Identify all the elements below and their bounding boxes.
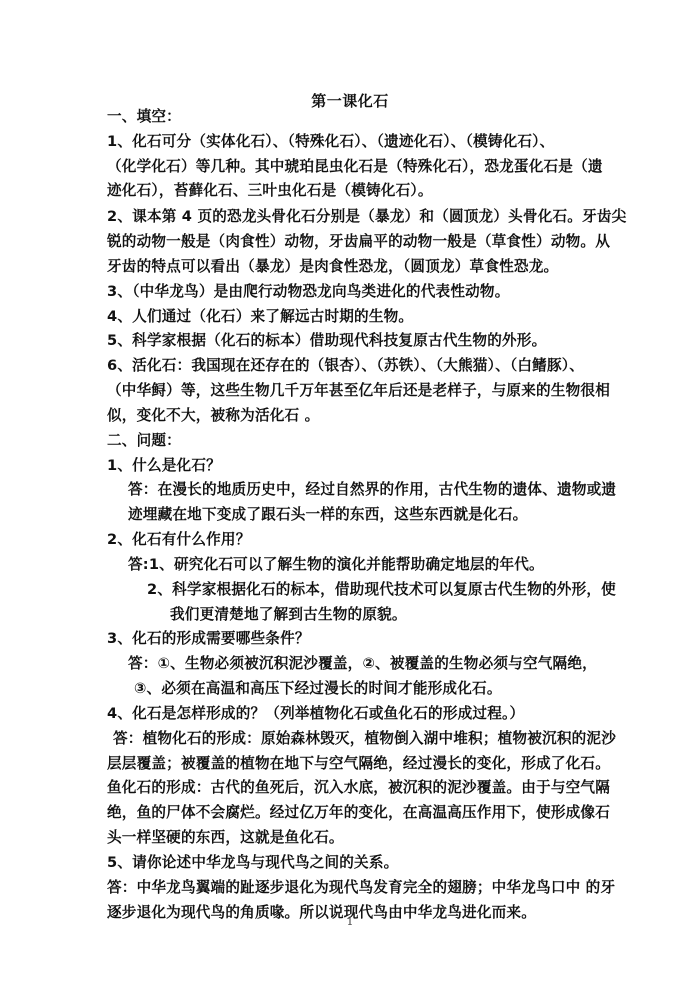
text-line: 3、（中华龙鸟）是由爬行动物恐龙向鸟类进化的代表性动物。 bbox=[107, 282, 592, 302]
text-line: 二、问题： bbox=[107, 431, 592, 451]
text-line: （化学化石）等几种。其中琥珀昆虫化石是（特殊化石），恐龙蛋化石是（遗 bbox=[107, 157, 592, 177]
text-line: 答:1、研究化石可以了解生物的演化并能帮助确定地层的年代。 bbox=[128, 555, 613, 575]
text-line: （中华鲟）等，这些生物几千万年甚至亿年后还是老样子，与原来的生物很相 bbox=[107, 381, 592, 401]
text-line: ③、必须在高温和高压下经过漫长的时间才能形成化石。 bbox=[134, 679, 619, 699]
text-line: 2、化石有什么作用？ bbox=[107, 530, 592, 550]
text-line: 我们更清楚地了解到古生物的原貌。 bbox=[170, 605, 655, 625]
text-line: 答：①、生物必须被沉积泥沙覆盖，②、被覆盖的生物必须与空气隔绝， bbox=[128, 654, 613, 674]
text-line: 5、科学家根据（化石的标本）借助现代科技复原古代生物的外形。 bbox=[107, 331, 592, 351]
text-line: 鱼化石的形成：古代的鱼死后，沉入水底，被沉积的泥沙覆盖。由于与空气隔 bbox=[107, 778, 592, 798]
text-line: 答：中华龙鸟翼端的趾逐步退化为现代鸟发育完全的翅膀；中华龙鸟口中 的牙 bbox=[107, 878, 592, 898]
document-page: 第一课化石 一、填空：1、化石可分（实体化石）、（特殊化石）、（遗迹化石）、（模… bbox=[0, 0, 700, 989]
text-line: 锐的动物一般是（肉食性）动物，牙齿扁平的动物一般是（草食性）动物。从 bbox=[107, 232, 592, 252]
text-line: 迹化石），苔藓化石、三叶虫化石是（模铸化石）。 bbox=[107, 181, 592, 201]
text-line: 5、请你论述中华龙鸟与现代鸟之间的关系。 bbox=[107, 853, 592, 873]
text-line: 1、化石可分（实体化石）、（特殊化石）、（遗迹化石）、（模铸化石）、 bbox=[107, 132, 592, 152]
text-line: 2、科学家根据化石的标本，借助现代技术可以复原古代生物的外形，使 bbox=[147, 580, 632, 600]
text-line: 答：植物化石的形成：原始森林毁灭，植物倒入湖中堆积；植物被沉积的泥沙 bbox=[113, 729, 598, 749]
text-line: 答：在漫长的地质历史中，经过自然界的作用，古代生物的遗体、遗物或遗 bbox=[128, 480, 613, 500]
text-line: 层层覆盖；被覆盖的植物在地下与空气隔绝，经过漫长的变化，形成了化石。 bbox=[107, 754, 592, 774]
text-line: 6、活化石：我国现在还存在的（银杏）、（苏铁）、（大熊猫）、（白鳍豚）、 bbox=[107, 356, 592, 376]
text-line: 头一样坚硬的东西，这就是鱼化石。 bbox=[107, 828, 592, 848]
text-line: 4、人们通过（化石）来了解远古时期的生物。 bbox=[107, 307, 592, 327]
text-line: 似，变化不大，被称为活化石 。 bbox=[107, 406, 592, 426]
text-line: 牙齿的特点可以看出（暴龙）是肉食性恐龙，（圆顶龙）草食性恐龙。 bbox=[107, 257, 592, 277]
text-line: 3、化石的形成需要哪些条件？ bbox=[107, 629, 592, 649]
text-line: 2、课本第 4 页的恐龙头骨化石分别是（暴龙）和（圆顶龙）头骨化石。牙齿尖 bbox=[107, 207, 592, 227]
text-line: 1、什么是化石？ bbox=[107, 456, 592, 476]
text-line: 迹埋藏在地下变成了跟石头一样的东西，这些东西就是化石。 bbox=[128, 505, 613, 525]
text-line: 一、填空： bbox=[107, 107, 592, 127]
text-line: 4、化石是怎样形成的？（列举植物化石或鱼化石的形成过程。） bbox=[107, 704, 592, 724]
page-number: 1 bbox=[0, 915, 700, 928]
text-line: 绝，鱼的尸体不会腐烂。经过亿万年的变化，在高温高压作用下，使形成像石 bbox=[107, 803, 592, 823]
